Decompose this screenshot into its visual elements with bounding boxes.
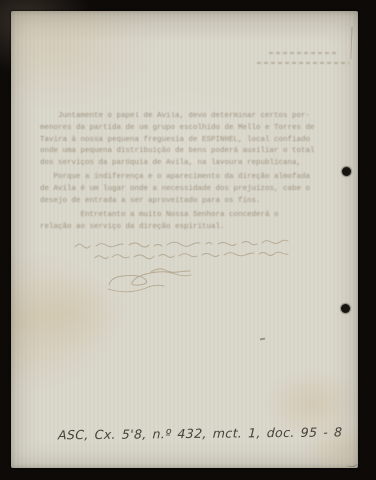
scanned-paper-sheet: Juntamente o papel de Avila, devo determ… [11, 11, 358, 468]
typed-paragraph: Juntamente o papel de Avila, devo determ… [40, 111, 324, 170]
typed-line: relação ao serviço da direção espiritual… [40, 222, 324, 234]
typed-line: Juntamente o papel de Avila, devo determ… [40, 111, 324, 123]
scanned-letter-page: { "scan": { "archive_annotation": "ASC, … [0, 0, 376, 480]
typed-line: de Avila é um lugar onde a necessidade d… [40, 184, 324, 196]
typed-line: Entretanto a muito Nossa Senhora concede… [40, 210, 324, 222]
archive-reference-annotation: ASC, Cx. 5'8, n.º 432, mct. 1, doc. 95 -… [58, 425, 319, 443]
typed-line: desejo de entrada a ser aproveitado para… [40, 196, 324, 208]
faded-letterhead-line-1 [269, 52, 339, 54]
typed-paragraph: Entretanto a muito Nossa Senhora concede… [40, 210, 324, 234]
typed-line: Porque a indiferença e o aparecimento da… [40, 172, 324, 184]
handwritten-note-and-signature [64, 237, 304, 301]
faded-letterhead-line-2 [257, 62, 349, 64]
punch-hole-top [342, 167, 351, 176]
corner-pencil-squiggle [345, 457, 360, 469]
handwritten-line-2 [95, 256, 108, 259]
handwritten-line-1 [75, 244, 90, 248]
punch-hole-bottom [341, 304, 350, 313]
signature-underline [108, 285, 164, 291]
ink-speck [260, 338, 265, 340]
typed-line: menores da partida de um grupo escolhido… [40, 123, 324, 135]
typed-paragraph: Porque a indiferença e o aparecimento da… [40, 172, 324, 207]
typed-line: dos serviços da paróquia de Avila, na la… [40, 158, 324, 170]
faint-pen-edge-mark [350, 27, 353, 59]
signature-flourish [109, 272, 191, 285]
typed-line: onde uma pequena distribuição de bens po… [40, 146, 324, 158]
typed-text-block: Juntamente o papel de Avila, devo determ… [40, 111, 324, 234]
typed-line: Tavira à nossa pequena freguesia de ESPI… [40, 135, 324, 147]
